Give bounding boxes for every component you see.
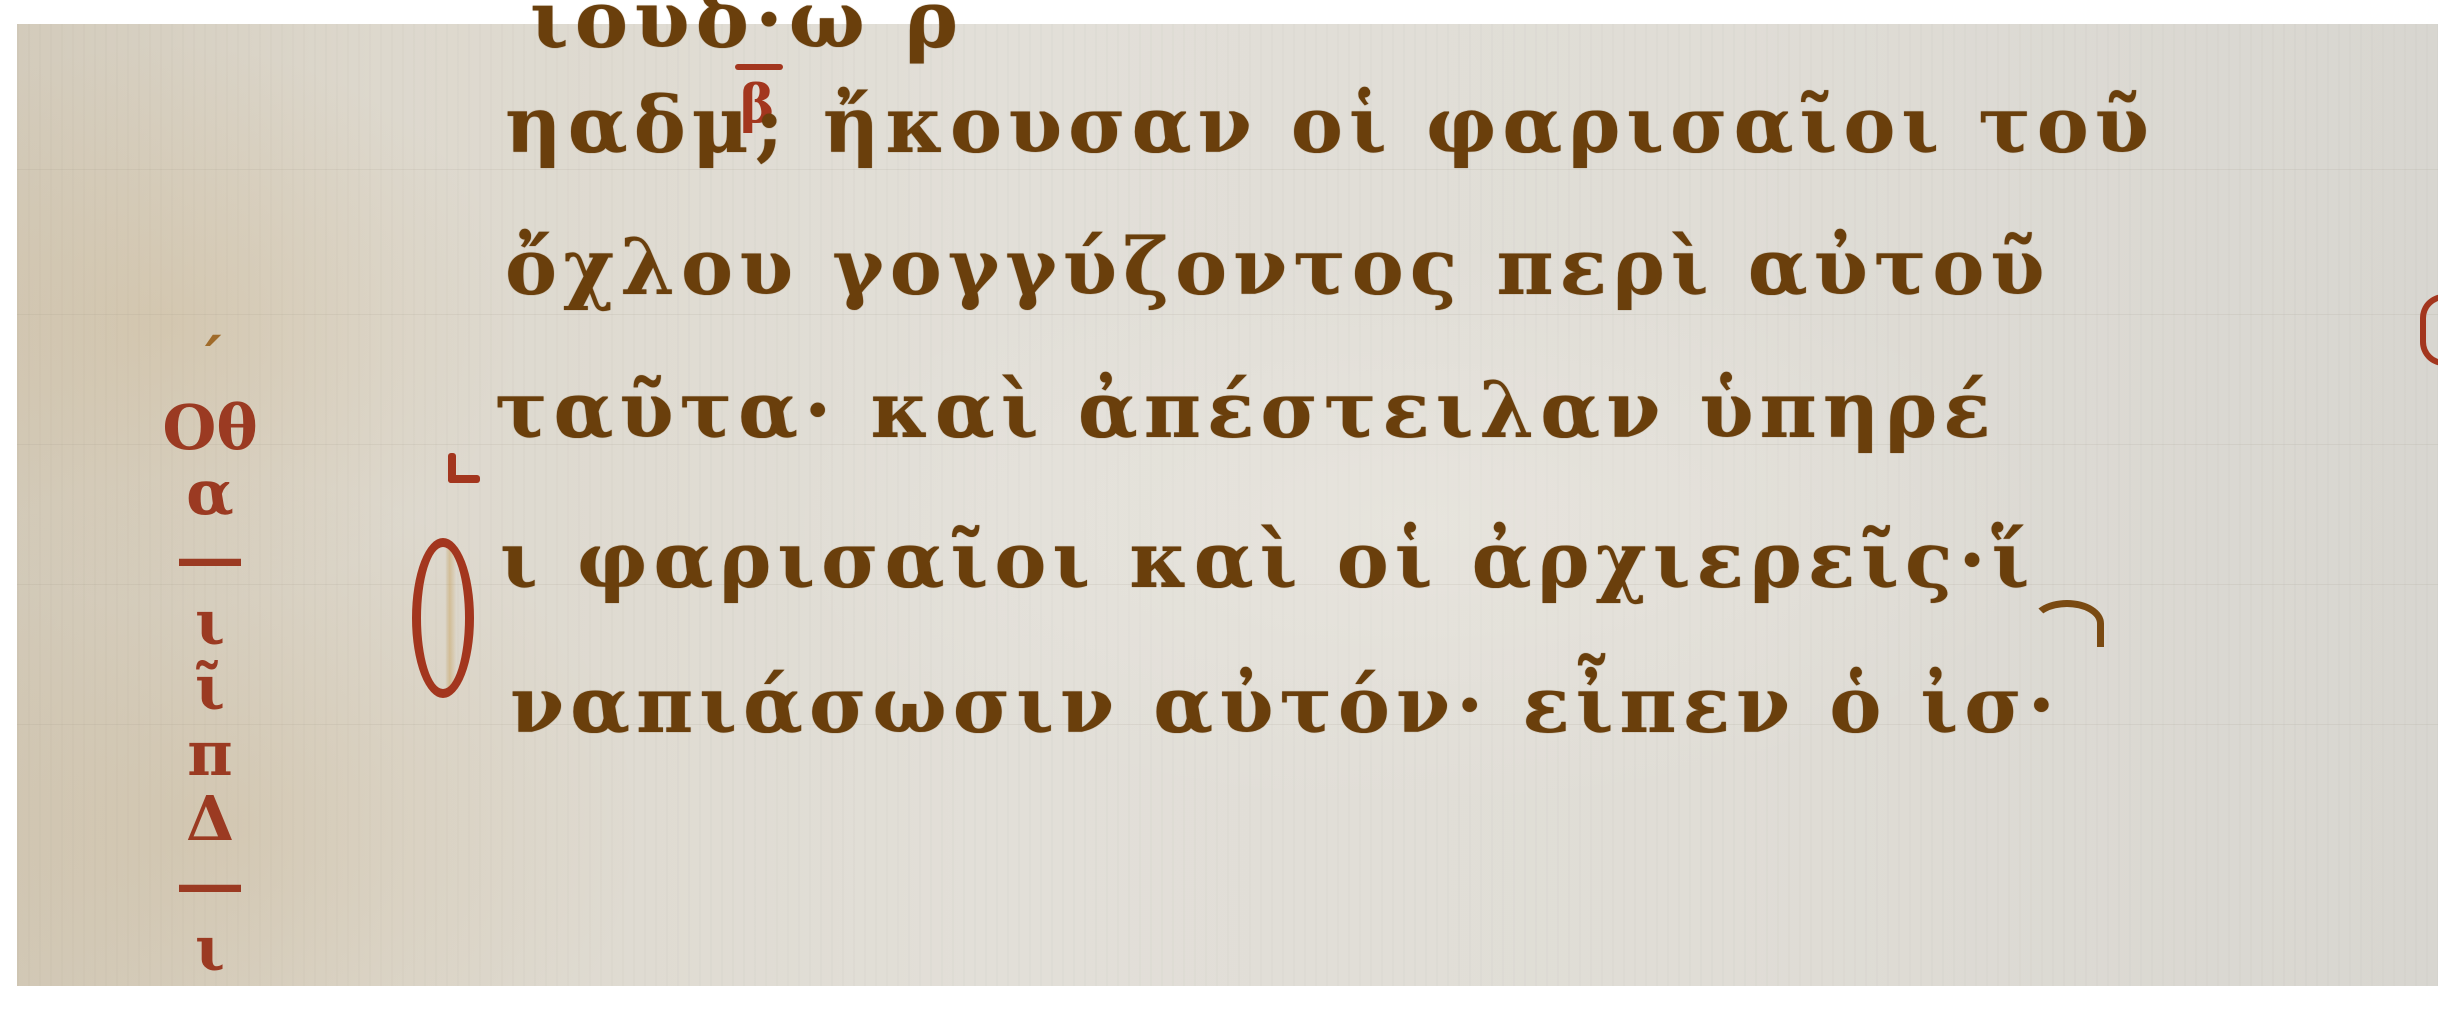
text-line-0: ιουδ·ω ρ <box>530 0 964 66</box>
margin-note-line: α <box>186 460 234 525</box>
margin-note-line: ― <box>179 525 241 590</box>
margin-note-line: ― <box>179 851 241 916</box>
margin-note-line: π <box>187 721 232 786</box>
text-line-2: ὄχλου γογγύζοντος περὶ αὐτοῦ <box>505 222 2051 313</box>
margin-note-line: ΄ <box>195 330 226 395</box>
red-margin-bracket <box>2420 294 2438 366</box>
text-line-3: ταῦτα· καὶ ἀπέστειλαν ὑπηρέ <box>495 365 1997 456</box>
margin-note-line: ι <box>195 916 225 981</box>
red-initial-letter <box>412 538 474 698</box>
text-line-1: ηαδμ; ἤκουσαν οἱ φαρισαῖοι τοῦ <box>505 80 2155 171</box>
ruling-line <box>17 314 2438 315</box>
text-line-4: ι φαρισαῖοι καὶ οἱ ἀρχιερεῖς·ἵ <box>500 515 2035 606</box>
margin-note-line: Οθ <box>162 395 257 460</box>
initial-mark <box>448 475 480 483</box>
margin-canon-note: ΄ Οθ α ― ι ῖ π Δ ― ι <box>150 330 270 981</box>
margin-note-line: ῖ <box>195 655 225 720</box>
abbreviation-arc <box>2030 600 2104 647</box>
margin-note-line: ι <box>195 590 225 655</box>
margin-note-line: Δ <box>186 786 234 851</box>
text-line-5: ναπιάσωσιν αὐτόν· εἶπεν ὁ ἰσ· <box>510 660 2061 751</box>
